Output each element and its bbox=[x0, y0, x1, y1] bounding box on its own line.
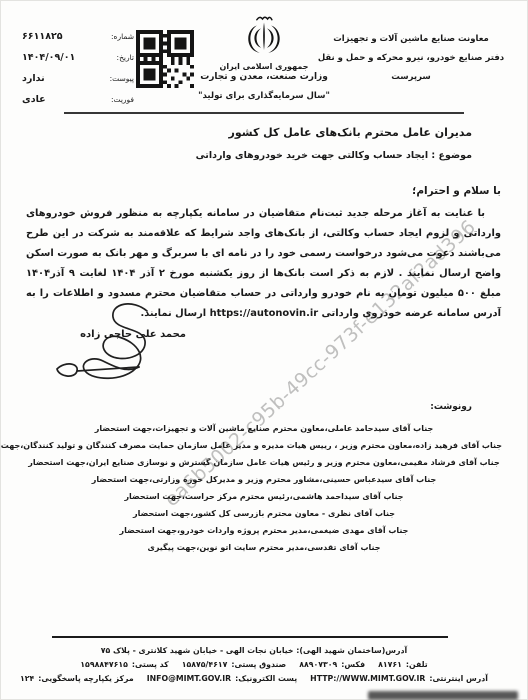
cc-item: جناب آقای فرشاد مقیمی،معاون محترم وزیر و… bbox=[26, 454, 502, 471]
footer: آدرس(ساختمان شهید الهی): خیابان نجات اله… bbox=[14, 644, 494, 686]
scan-artifact bbox=[368, 691, 518, 700]
attachment-value: ندارد bbox=[22, 73, 45, 84]
email-value: INFO@MIMT.GOV.IR bbox=[147, 672, 231, 686]
letter-date-value: ۱۴۰۴/۰۹/۰۱ bbox=[22, 52, 75, 63]
letter-date-label: تاریخ: bbox=[117, 53, 134, 62]
cc-item: جناب آقای تقدسی،مدیر محترم سایت اتو نوین… bbox=[26, 539, 502, 556]
letter-number-value: ۶۶۱۱۸۲۵ bbox=[22, 31, 63, 42]
signature-block: محمد علی حاجی زاده bbox=[35, 297, 200, 399]
year-slogan: "سال سرمایه‌گذاری برای تولید" bbox=[189, 91, 339, 101]
web-value: HTTP://WWW.MIMT.GOV.IR bbox=[310, 672, 425, 686]
call-center-value: ۱۲۴ bbox=[20, 672, 34, 686]
urgency-label: فوریت: bbox=[111, 95, 134, 104]
pobox-value: ۱۵۸۷۵/۴۶۱۷ bbox=[182, 658, 228, 672]
footer-contact-line: تلفن: ۸۱۷۶۱ فکس: ۸۸۹۰۷۳۰۹ صندوق پستی: ۱۵… bbox=[14, 658, 494, 672]
call-center-label: مرکز یکپارچه پاسخگویی: bbox=[38, 672, 133, 686]
ministry-name: وزارت صنعت، معدن و تجارت bbox=[189, 72, 339, 82]
footer-pobox: صندوق پستی: ۱۵۸۷۵/۴۶۱۷ bbox=[182, 658, 287, 672]
footer-website: آدرس اینترنتی: HTTP://WWW.MIMT.GOV.IR bbox=[310, 672, 488, 686]
postal-value: ۱۵۹۸۸۴۷۶۱۵ bbox=[80, 658, 128, 672]
cc-item: جناب آقای فرهید زاده،معاون محترم وزیر ، … bbox=[26, 437, 502, 454]
recipient-line: مدیران عامل محترم بانک‌های عامل کل کشور bbox=[26, 126, 472, 139]
fax-value: ۸۸۹۰۷۳۰۹ bbox=[299, 658, 337, 672]
footer-email: پست الکترونیک: INFO@MIMT.GOV.IR bbox=[147, 672, 297, 686]
attachment-label: پیوست: bbox=[110, 74, 134, 83]
salutation-line: با سلام و احترام؛ bbox=[26, 185, 501, 197]
pobox-label: صندوق پستی: bbox=[231, 658, 286, 672]
header-divider bbox=[64, 112, 464, 114]
cc-item: جناب آقای سیداحمد هاشمی،رئیس محترم مرکز … bbox=[26, 488, 502, 505]
email-label: پست الکترونیک: bbox=[235, 672, 297, 686]
footer-fax: فکس: ۸۸۹۰۷۳۰۹ bbox=[299, 658, 365, 672]
iran-emblem-icon bbox=[242, 14, 286, 60]
phone-value: ۸۱۷۶۱ bbox=[378, 658, 402, 672]
signer-name: محمد علی حاجی زاده bbox=[80, 329, 186, 340]
letter-meta: شماره: ۶۶۱۱۸۲۵ تاریخ: ۱۴۰۴/۰۹/۰۱ پیوست: … bbox=[22, 31, 134, 115]
footer-web-line: آدرس اینترنتی: HTTP://WWW.MIMT.GOV.IR پس… bbox=[14, 672, 494, 686]
meta-row-attachment: پیوست: ندارد bbox=[22, 73, 134, 94]
footer-address-line: آدرس(ساختمان شهید الهی): خیابان نجات اله… bbox=[14, 644, 494, 658]
meta-row-date: تاریخ: ۱۴۰۴/۰۹/۰۱ bbox=[22, 52, 134, 73]
footer-postal-code: کد پستی: ۱۵۹۸۸۴۷۶۱۵ bbox=[80, 658, 168, 672]
header-department: معاونت صنایع ماشین آلات و تجهیزات دفتر ص… bbox=[316, 30, 506, 87]
cc-item: جناب آقای سیدعباس حسینی،مشاور محترم وزیر… bbox=[26, 471, 502, 488]
cc-list: جناب آقای سیدحامد عاملی،معاون محترم صنای… bbox=[26, 420, 502, 556]
meta-row-number: شماره: ۶۶۱۱۸۲۵ bbox=[22, 31, 134, 52]
cc-item: جناب آقای سیدحامد عاملی،معاون محترم صنای… bbox=[26, 420, 502, 437]
urgency-value: عادی bbox=[22, 94, 46, 105]
cc-heading: رونوشت: bbox=[26, 402, 472, 412]
footer-phone: تلفن: ۸۱۷۶۱ bbox=[378, 658, 428, 672]
footer-address: آدرس(ساختمان شهید الهی): خیابان نجات اله… bbox=[101, 644, 407, 658]
fax-label: فکس: bbox=[341, 658, 365, 672]
subject-line: موضوع : ایجاد حساب وکالتی جهت خرید خودرو… bbox=[26, 150, 472, 161]
department-line-3: سرپرست bbox=[316, 68, 506, 87]
cc-item: جناب آقای نظری - معاون محترم بازرسی کل ک… bbox=[26, 505, 502, 522]
header-center: جمهوری اسلامی ایران وزارت صنعت، معدن و ت… bbox=[189, 14, 339, 101]
web-label: آدرس اینترنتی: bbox=[429, 672, 488, 686]
department-line-2: دفتر صنایع خودرو، نیرو محرکه و حمل و نقل bbox=[316, 49, 506, 68]
country-name: جمهوری اسلامی ایران bbox=[189, 62, 339, 71]
footer-call-center: مرکز یکپارچه پاسخگویی: ۱۲۴ bbox=[20, 672, 134, 686]
department-line-1: معاونت صنایع ماشین آلات و تجهیزات bbox=[316, 30, 506, 49]
signature-scribble-icon bbox=[35, 297, 200, 399]
cc-item: جناب آقای مهدی ضیغمی،مدیر محترم پروژه وا… bbox=[26, 522, 502, 539]
qr-code-icon bbox=[136, 30, 194, 88]
official-letter-page: ea6b5002-c95b-49cc-973f-e132af2ad396 معا… bbox=[0, 0, 528, 700]
footer-divider bbox=[52, 636, 448, 638]
phone-label: تلفن: bbox=[406, 658, 428, 672]
postal-label: کد پستی: bbox=[132, 658, 169, 672]
letter-number-label: شماره: bbox=[111, 32, 134, 41]
